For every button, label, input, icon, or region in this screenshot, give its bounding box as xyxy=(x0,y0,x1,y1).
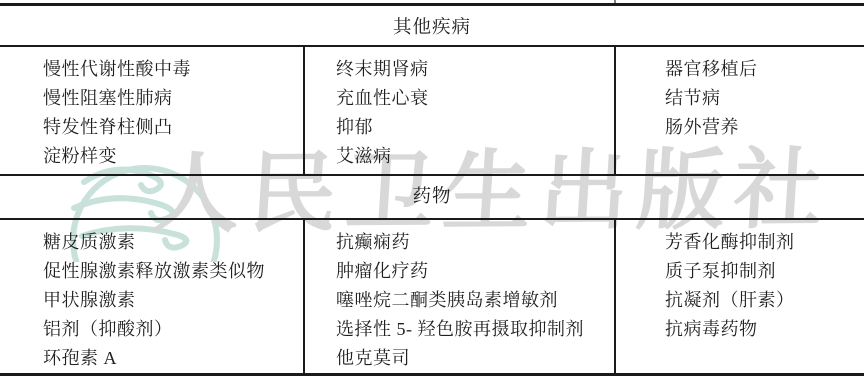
section-2-column-2: 抗癫痫药肿瘤化疗药噻唑烷二酮类胰岛素增敏剂选择性 5- 羟色胺再摄取抑制剂他克莫… xyxy=(336,226,606,372)
list-item: 淀粉样变 xyxy=(43,141,293,170)
list-item: 芳香化酶抑制剂 xyxy=(665,226,855,255)
list-item: 抑郁 xyxy=(336,111,604,140)
list-item: 他克莫司 xyxy=(336,343,606,372)
list-item: 噻唑烷二酮类胰岛素增敏剂 xyxy=(336,284,606,313)
list-item: 艾滋病 xyxy=(336,141,604,170)
list-item: 终末期肾病 xyxy=(336,53,604,82)
list-item: 质子泵抑制剂 xyxy=(665,255,855,284)
list-item: 器官移植后 xyxy=(665,53,855,82)
section-2-column-divider-2 xyxy=(614,219,616,374)
list-item: 肠外营养 xyxy=(665,111,855,140)
section-2-column-divider-1 xyxy=(303,219,305,374)
list-item: 抗病毒药物 xyxy=(665,314,855,343)
section-1-column-1: 慢性代谢性酸中毒慢性阻塞性肺病特发性脊柱侧凸淀粉样变 xyxy=(43,53,293,170)
section-1-column-divider-2 xyxy=(614,46,616,174)
list-item: 糖皮质激素 xyxy=(43,226,293,255)
section-1-column-divider-1 xyxy=(303,46,305,174)
section-2-column-1: 糖皮质激素促性腺激素释放激素类似物甲状腺激素铝剂（抑酸剂）环孢素 A xyxy=(43,226,293,372)
list-item: 慢性代谢性酸中毒 xyxy=(43,53,293,82)
list-item: 充血性心衰 xyxy=(336,82,604,111)
list-item: 甲状腺激素 xyxy=(43,284,293,313)
list-item: 结节病 xyxy=(665,82,855,111)
section-2-column-3: 芳香化酶抑制剂质子泵抑制剂抗凝剂（肝素）抗病毒药物 xyxy=(665,226,855,343)
list-item: 环孢素 A xyxy=(43,343,293,372)
list-item: 选择性 5- 羟色胺再摄取抑制剂 xyxy=(336,314,606,343)
section-1-column-3: 器官移植后结节病肠外营养 xyxy=(665,53,855,141)
section-2-header-underline xyxy=(0,218,864,220)
table-outer-top-border xyxy=(0,3,864,6)
section-2-header: 药物 xyxy=(0,184,864,210)
list-item: 抗凝剂（肝素） xyxy=(665,284,855,313)
section-1-header: 其他疾病 xyxy=(0,15,864,41)
list-item: 促性腺激素释放激素类似物 xyxy=(43,255,293,284)
section-divider-line xyxy=(0,174,864,176)
list-item: 抗癫痫药 xyxy=(336,226,606,255)
table-outer-bottom-border xyxy=(0,373,864,376)
list-item: 特发性脊柱侧凸 xyxy=(43,111,293,140)
section-1-header-underline xyxy=(0,45,864,47)
list-item: 铝剂（抑酸剂） xyxy=(43,314,293,343)
list-item: 肿瘤化疗药 xyxy=(336,255,606,284)
section-1-column-2: 终末期肾病充血性心衰抑郁艾滋病 xyxy=(336,53,604,170)
list-item: 慢性阻塞性肺病 xyxy=(43,82,293,111)
book-table-page: 人民卫生出版社 其他疾病 慢性代谢性酸中毒慢性阻塞性肺病特发性脊柱侧凸淀粉样变 … xyxy=(0,0,864,386)
